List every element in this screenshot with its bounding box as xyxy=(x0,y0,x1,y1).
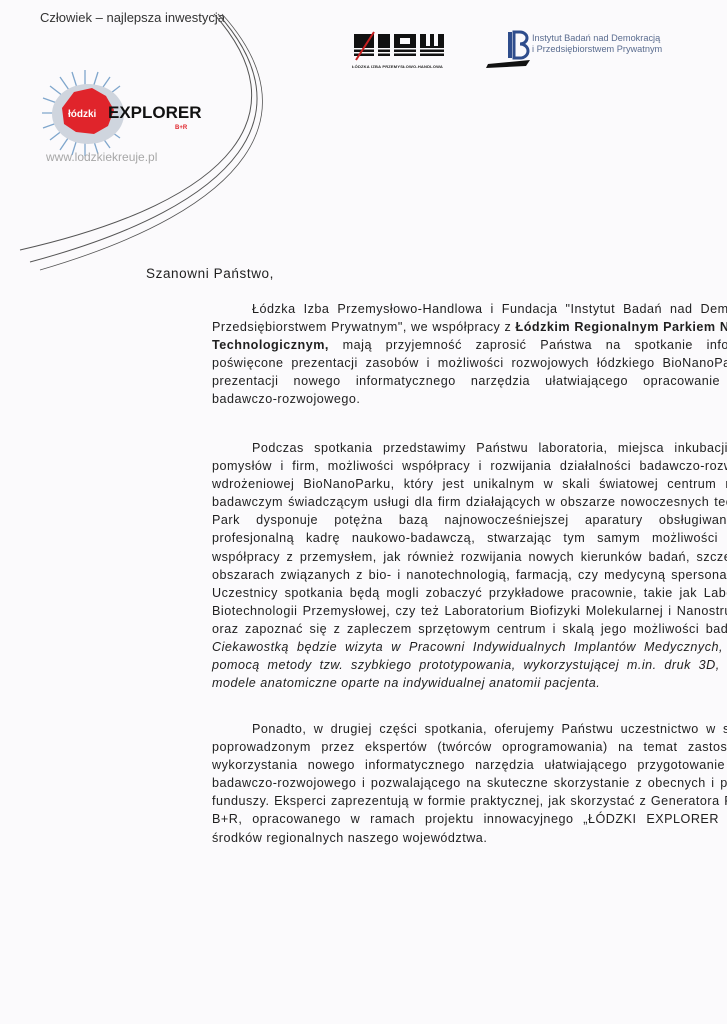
explorer-sunburst-icon: łódzki EXPLORER B+R xyxy=(40,68,220,158)
ib-logo xyxy=(486,30,532,75)
letter-page: Człowiek – najlepsza inwestycja łódzki E… xyxy=(0,0,727,1024)
lipm-logo-icon xyxy=(352,30,448,64)
ib-name: Instytut Badań nad Demokracją i Przedsię… xyxy=(532,33,662,55)
paragraph-meeting-italic: Ciekawostką będzie wizyta w Pracowni Ind… xyxy=(212,640,727,690)
svg-text:łódzki: łódzki xyxy=(68,109,97,120)
greeting: Szanowni Państwo, xyxy=(146,266,274,281)
paragraph-training-text: Ponadto, w drugiej części spotkania, ofe… xyxy=(212,722,727,845)
paragraph-meeting: Podczas spotkania przedstawimy Państwu l… xyxy=(212,439,727,692)
ib-name-line2: i Przedsiębiorstwem Prywatnym xyxy=(532,44,662,55)
paragraph-meeting-text: Podczas spotkania przedstawimy Państwu l… xyxy=(212,441,727,636)
svg-text:B+R: B+R xyxy=(175,125,188,131)
lipm-subtitle: ŁÓDZKA IZBA PRZEMYSŁOWO-HANDLOWA xyxy=(352,64,443,69)
paragraph-invitation: Łódzka Izba Przemysłowo-Handlowa i Funda… xyxy=(212,300,727,409)
ib-name-line1: Instytut Badań nad Demokracją xyxy=(532,33,662,44)
lodzki-explorer-logo: łódzki EXPLORER B+R xyxy=(40,68,220,158)
svg-text:EXPLORER: EXPLORER xyxy=(108,103,202,122)
paragraph-training: Ponadto, w drugiej części spotkania, ofe… xyxy=(212,720,727,847)
website-url: www.lodzkiekreuje.pl xyxy=(46,150,157,164)
ib-logo-icon xyxy=(486,30,532,70)
